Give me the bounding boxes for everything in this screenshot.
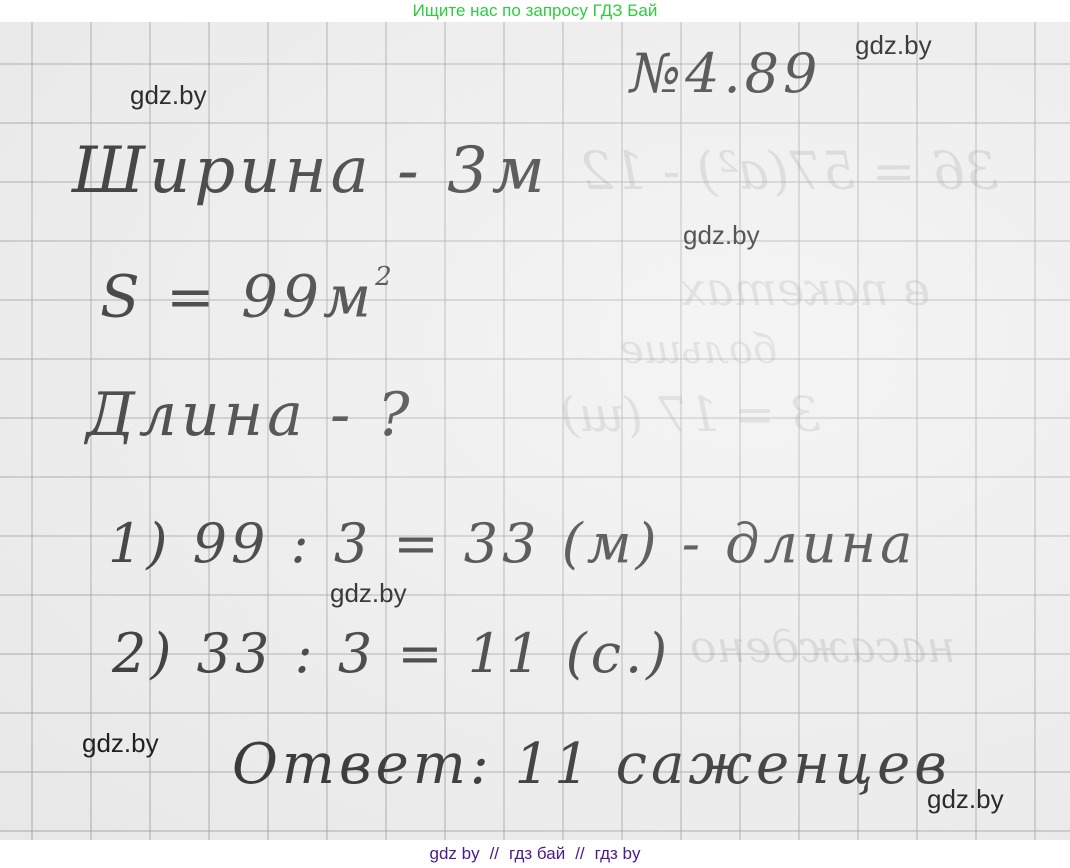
given-area: S = 99м2 [100,262,392,330]
area-exponent: 2 [375,262,392,292]
watermark: gdz.by [330,578,407,609]
watermark: gdz.by [855,30,932,61]
problem-number: №4.89 [630,42,821,105]
footer-link-gdz-by-cyr[interactable]: гдз by [595,844,641,863]
watermark: gdz.by [130,80,207,111]
bleed-through-line: 36 = 57(а²) - 12 [580,142,998,202]
footer-link-gdz-by[interactable]: gdz by [429,844,479,863]
step-expression: 33 : 3 = 11 (с.) [197,622,672,685]
bleed-through-line: 3 = 17 (ш) [560,387,821,443]
bleed-through-line: больше [620,327,777,373]
footer-separator: // [575,844,584,863]
footer: gdz by//гдз бай//гдз by [0,840,1070,868]
solution-step-1: 1) 99 : 3 = 33 (м) - длина [108,512,916,575]
bleed-through-line: в пакетах [680,262,930,316]
top-banner: Ищите нас по запросу ГДЗ Бай [0,0,1070,22]
step-number: 1) [108,512,171,575]
notebook-page: 36 = 57(а²) - 12 в пакетах больше 3 = 17… [0,22,1070,840]
watermark: gdz.by [82,728,159,759]
banner-text: Ищите нас по запросу ГДЗ Бай [413,1,658,20]
answer-line: Ответ: 11 саженцев [232,732,951,797]
watermark: gdz.by [683,220,760,251]
step-expression: 99 : 3 = 33 (м) - длина [193,512,917,575]
footer-separator: // [490,844,499,863]
given-unknown: Длина - ? [86,380,414,450]
step-number: 2) [112,622,175,685]
given-area-text: S = 99м [100,262,375,330]
watermark: gdz.by [927,784,1004,815]
footer-link-gdz-bai[interactable]: гдз бай [509,844,565,863]
bleed-through-line: насаждено [690,622,956,673]
given-width: Ширина - 3м [72,134,549,208]
solution-step-2: 2) 33 : 3 = 11 (с.) [112,622,671,685]
